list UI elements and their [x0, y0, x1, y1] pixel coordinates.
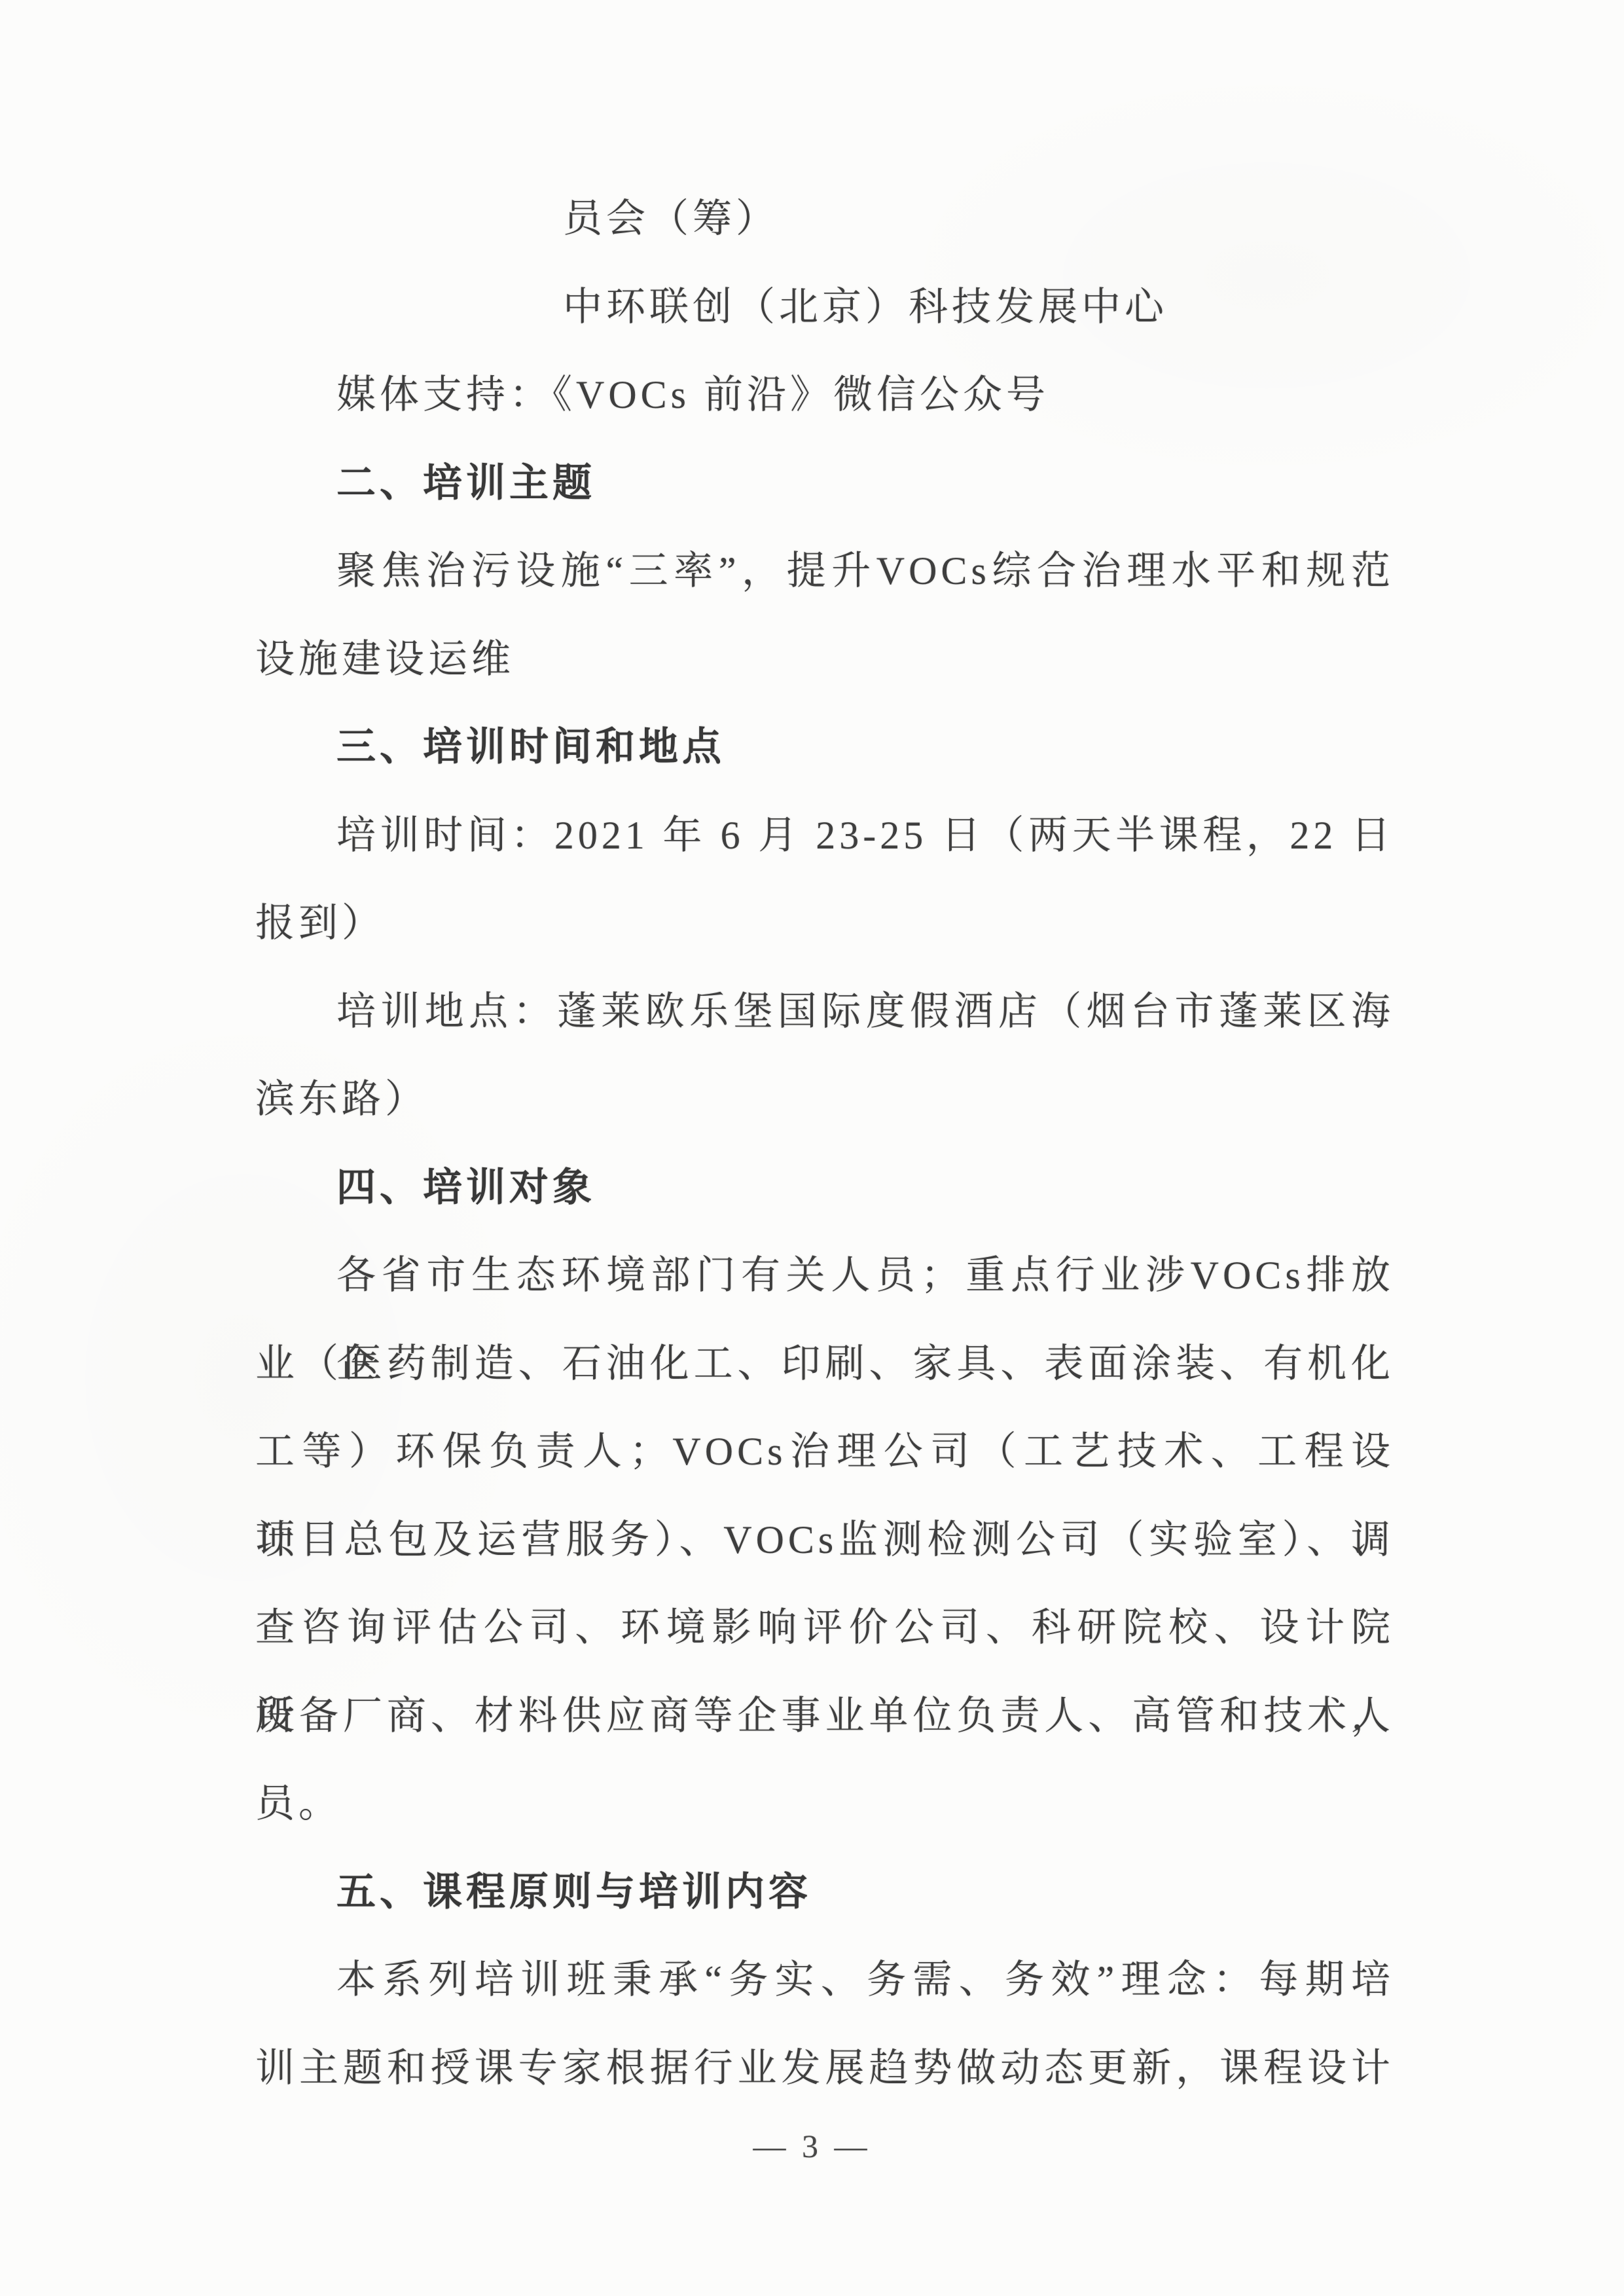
text-line: 中环联创（北京）科技发展中心	[255, 263, 1394, 352]
text-line: 项目总包及运营服务）、VOCs监测检测公司（实验室）、调	[255, 1496, 1394, 1584]
text-block: 员会（筹）中环联创（北京）科技发展中心媒体支持：《VOCs 前沿》微信公众号二、…	[255, 175, 1394, 2112]
text-line: 报到）	[255, 879, 1394, 968]
section-heading: 三、培训时间和地点	[255, 703, 1394, 792]
document-page: 员会（筹）中环联创（北京）科技发展中心媒体支持：《VOCs 前沿》微信公众号二、…	[0, 0, 1624, 2296]
text-line: 各省市生态环境部门有关人员；重点行业涉VOCs排放企	[255, 1231, 1394, 1320]
text-line: 媒体支持：《VOCs 前沿》微信公众号	[255, 351, 1394, 439]
text-line: 设备厂商、材料供应商等企事业单位负责人、高管和技术人	[255, 1672, 1394, 1760]
text-line: 培训时间：2021 年 6 月 23-25 日（两天半课程，22 日	[255, 792, 1394, 880]
text-line: 查咨询评估公司、环境影响评价公司、科研院校、设计院所，	[255, 1584, 1394, 1672]
text-line: 业（医药制造、石油化工、印刷、家具、表面涂装、有机化	[255, 1320, 1394, 1408]
text-line: 训主题和授课专家根据行业发展趋势做动态更新，课程设计	[255, 2024, 1394, 2113]
section-heading: 四、培训对象	[255, 1144, 1394, 1232]
page-number: — 3 —	[0, 2126, 1624, 2166]
text-line: 设施建设运维	[255, 615, 1394, 704]
text-line: 滨东路）	[255, 1055, 1394, 1144]
text-line: 聚焦治污设施“三率”，提升VOCs综合治理水平和规范	[255, 527, 1394, 615]
text-line: 本系列培训班秉承“务实、务需、务效”理念：每期培	[255, 1936, 1394, 2024]
section-heading: 二、培训主题	[255, 439, 1394, 528]
text-line: 工等）环保负责人；VOCs治理公司（工艺技术、工程设计、	[255, 1408, 1394, 1496]
text-line: 员会（筹）	[255, 175, 1394, 263]
text-line: 培训地点：蓬莱欧乐堡国际度假酒店（烟台市蓬莱区海	[255, 968, 1394, 1056]
text-line: 员。	[255, 1760, 1394, 1848]
section-heading: 五、课程原则与培训内容	[255, 1848, 1394, 1937]
